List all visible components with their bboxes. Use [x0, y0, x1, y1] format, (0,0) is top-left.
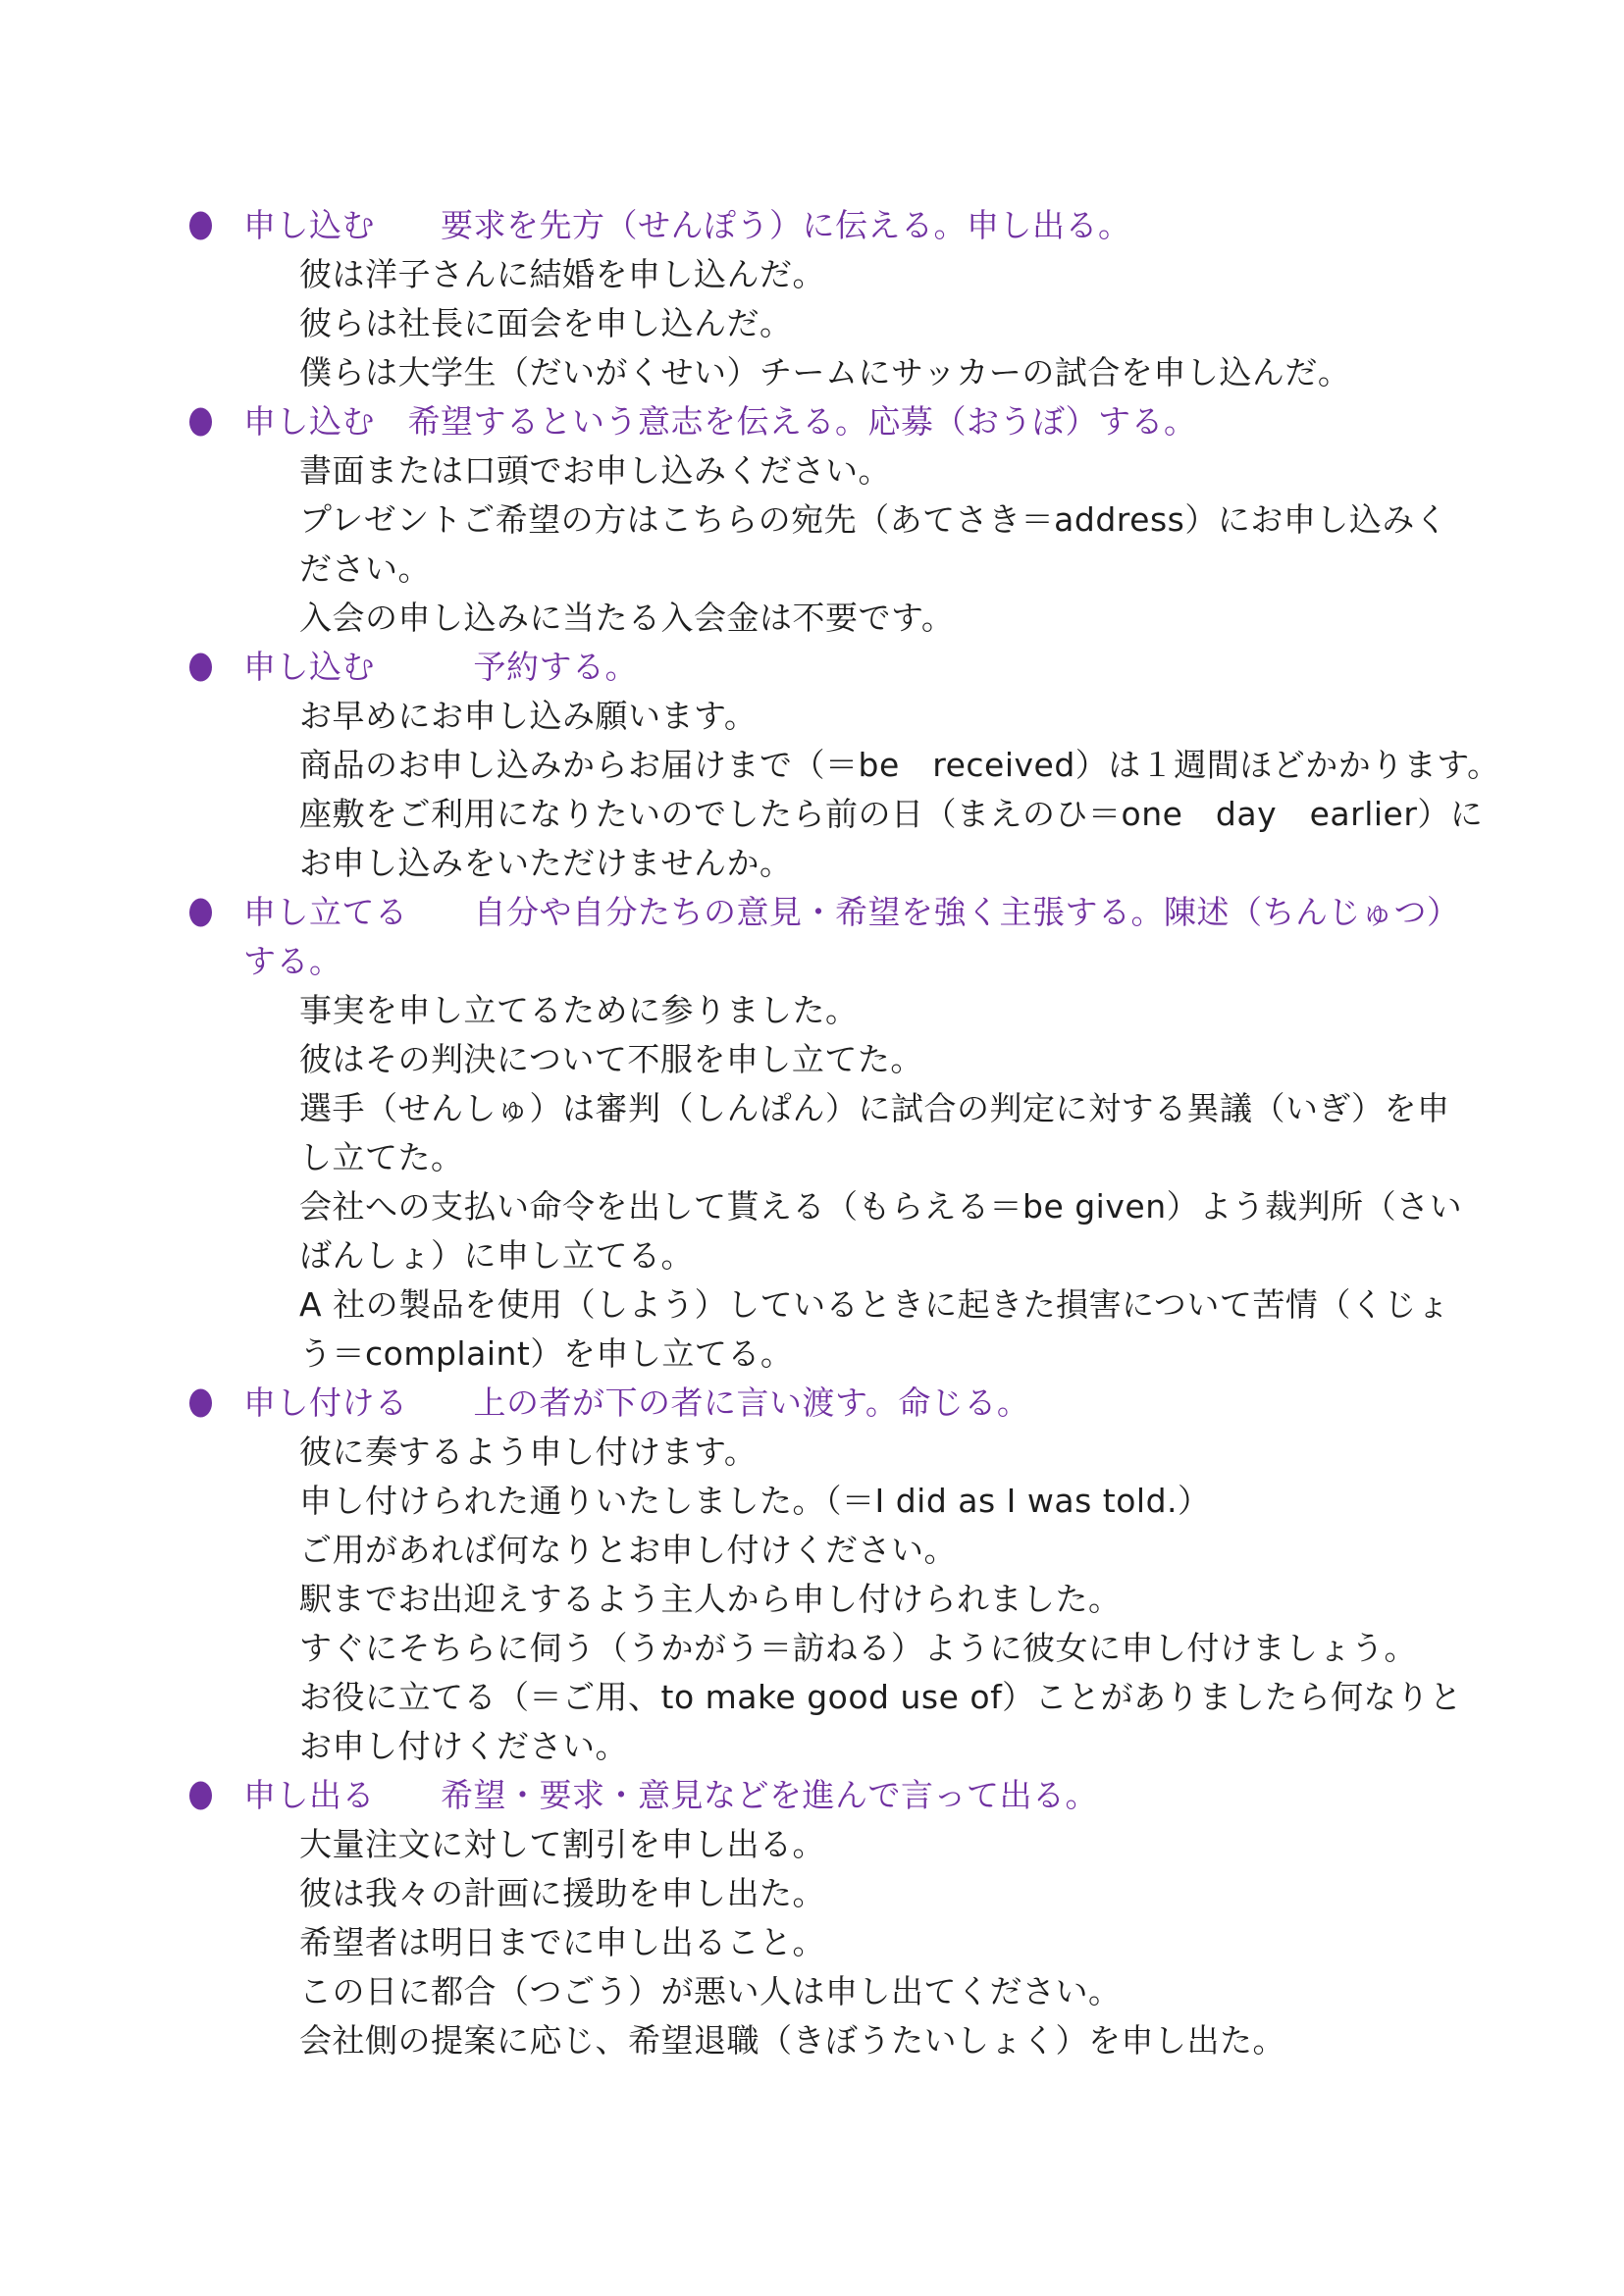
example-sentence-line: この日に都合（つごう）が悪い人は申し出てください。	[0, 1967, 1624, 2016]
section-examples: 彼は洋子さんに結婚を申し込んだ。彼らは社長に面会を申し込んだ。僕らは大学生（だい…	[0, 250, 1624, 397]
example-sentence-line: 申し付けられた通りいたしました。（＝I did as I was told.）	[0, 1477, 1624, 1526]
example-sentence-line: A 社の製品を使用（しよう）しているときに起きた損害について苦情（くじょ	[0, 1280, 1624, 1330]
example-sentence-line: 彼に奏するよう申し付けます。	[0, 1428, 1624, 1477]
example-sentence-line: お申し付けください。	[0, 1722, 1624, 1771]
example-sentence-line: 座敷をご利用になりたいのでしたら前の日（まえのひ＝one day earlier…	[0, 790, 1624, 839]
heading-text: 申し込む 要求を先方（せんぽう）に伝える。申し出る。	[243, 206, 1131, 244]
heading-text: 申し立てる 自分や自分たちの意見・希望を強く主張する。陳述（ちんじゅつ）	[243, 893, 1460, 931]
vocabulary-section: 申し込む 予約する。 お早めにお申し込み願います。商品のお申し込みからお届けまで…	[0, 643, 1624, 888]
vocabulary-section: 申し出る 希望・要求・意見などを進んで言って出る。 大量注文に対して割引を申し出…	[0, 1771, 1624, 2065]
example-sentence-line: お役に立てる（＝ご用、to make good use of）ことがありましたら…	[0, 1673, 1624, 1722]
definition-heading: 申し込む 要求を先方（せんぽう）に伝える。申し出る。	[0, 201, 1624, 250]
example-sentence-line: 書面または口頭でお申し込みください。	[0, 446, 1624, 496]
vocabulary-section: 申し込む 希望するという意志を伝える。応募（おうぼ）する。 書面または口頭でお申…	[0, 397, 1624, 643]
example-sentence-line: う＝complaint）を申し立てる。	[0, 1330, 1624, 1379]
heading-text: 申し付ける 上の者が下の者に言い渡す。命じる。	[243, 1383, 1029, 1422]
vocabulary-section: 申し付ける 上の者が下の者に言い渡す。命じる。 彼に奏するよう申し付けます。申し…	[0, 1379, 1624, 1771]
example-sentence-line: ご用があれば何なりとお申し付けください。	[0, 1526, 1624, 1575]
example-sentence-line: 会社への支払い命令を出して貰える（もらえる＝be given）よう裁判所（さい	[0, 1182, 1624, 1231]
example-sentence-line: 希望者は明日までに申し出ること。	[0, 1918, 1624, 1967]
example-sentence-line: し立てた。	[0, 1133, 1624, 1182]
heading-text: 申し出る 希望・要求・意見などを進んで言って出る。	[243, 1776, 1098, 1814]
definition-heading: 申し込む 希望するという意志を伝える。応募（おうぼ）する。	[0, 397, 1624, 446]
example-sentence-line: 彼は洋子さんに結婚を申し込んだ。	[0, 250, 1624, 299]
bullet-icon	[189, 408, 212, 437]
section-heading: 申し込む 予約する。	[0, 643, 1624, 692]
example-sentence-line: お申し込みをいただけませんか。	[0, 839, 1624, 888]
example-sentence-line: 大量注文に対して割引を申し出る。	[0, 1820, 1624, 1869]
bullet-icon	[189, 899, 212, 927]
bullet-icon	[189, 212, 212, 240]
example-sentence-line: 彼はその判決について不服を申し立てた。	[0, 1035, 1624, 1084]
example-sentence-line: 彼は我々の計画に援助を申し出た。	[0, 1869, 1624, 1918]
example-sentence-line: 入会の申し込みに当たる入会金は不要です。	[0, 594, 1624, 643]
section-heading: 申し込む 希望するという意志を伝える。応募（おうぼ）する。	[0, 397, 1624, 446]
example-sentence-line: ばんしょ）に申し立てる。	[0, 1231, 1624, 1280]
section-examples: 書面または口頭でお申し込みください。プレゼントご希望の方はこちらの宛先（あてさき…	[0, 446, 1624, 643]
vocabulary-section: 申し立てる 自分や自分たちの意見・希望を強く主張する。陳述（ちんじゅつ）する。 …	[0, 888, 1624, 1379]
section-heading: 申し付ける 上の者が下の者に言い渡す。命じる。	[0, 1379, 1624, 1428]
example-sentence-line: すぐにそちらに伺う（うかがう＝訪ねる）ように彼女に申し付けましょう。	[0, 1624, 1624, 1673]
definition-heading: 申し立てる 自分や自分たちの意見・希望を強く主張する。陳述（ちんじゅつ）	[0, 888, 1624, 937]
example-sentence-line: 商品のお申し込みからお届けまで（＝be received）は１週間ほどかかります…	[0, 741, 1624, 790]
section-examples: 大量注文に対して割引を申し出る。彼は我々の計画に援助を申し出た。希望者は明日まで…	[0, 1820, 1624, 2065]
heading-text: 申し込む 希望するという意志を伝える。応募（おうぼ）する。	[243, 402, 1197, 441]
example-sentence-line: 僕らは大学生（だいがくせい）チームにサッカーの試合を申し込んだ。	[0, 348, 1624, 397]
definition-heading: 申し出る 希望・要求・意見などを進んで言って出る。	[0, 1771, 1624, 1820]
example-sentence-line: 選手（せんしゅ）は審判（しんぱん）に試合の判定に対する異議（いぎ）を申	[0, 1084, 1624, 1133]
heading-text: 申し込む 予約する。	[243, 648, 638, 686]
definition-heading: 申し付ける 上の者が下の者に言い渡す。命じる。	[0, 1379, 1624, 1428]
heading-text: する。	[243, 942, 342, 980]
example-sentence-line: 会社側の提案に応じ、希望退職（きぼうたいしょく）を申し出た。	[0, 2016, 1624, 2065]
example-sentence-line: 彼らは社長に面会を申し込んだ。	[0, 299, 1624, 348]
example-sentence-line: 事実を申し立てるために参りました。	[0, 986, 1624, 1035]
section-heading: 申し出る 希望・要求・意見などを進んで言って出る。	[0, 1771, 1624, 1820]
definition-heading-continuation: する。	[0, 937, 1624, 986]
document-page: 申し込む 要求を先方（せんぽう）に伝える。申し出る。 彼は洋子さんに結婚を申し込…	[0, 0, 1624, 2296]
sections: 申し込む 要求を先方（せんぽう）に伝える。申し出る。 彼は洋子さんに結婚を申し込…	[0, 201, 1624, 2065]
example-sentence-line: 駅までお出迎えするよう主人から申し付けられました。	[0, 1575, 1624, 1624]
example-sentence-line: お早めにお申し込み願います。	[0, 692, 1624, 741]
section-examples: 事実を申し立てるために参りました。彼はその判決について不服を申し立てた。選手（せ…	[0, 986, 1624, 1379]
section-examples: お早めにお申し込み願います。商品のお申し込みからお届けまで（＝be receiv…	[0, 692, 1624, 888]
bullet-icon	[189, 1782, 212, 1810]
section-examples: 彼に奏するよう申し付けます。申し付けられた通りいたしました。（＝I did as…	[0, 1428, 1624, 1771]
section-heading: 申し込む 要求を先方（せんぽう）に伝える。申し出る。	[0, 201, 1624, 250]
example-sentence-line: ださい。	[0, 545, 1624, 594]
bullet-icon	[189, 1389, 212, 1418]
definition-heading: 申し込む 予約する。	[0, 643, 1624, 692]
vocabulary-section: 申し込む 要求を先方（せんぽう）に伝える。申し出る。 彼は洋子さんに結婚を申し込…	[0, 201, 1624, 397]
example-sentence-line: プレゼントご希望の方はこちらの宛先（あてさき＝address）にお申し込みく	[0, 496, 1624, 545]
bullet-icon	[189, 653, 212, 682]
section-heading: 申し立てる 自分や自分たちの意見・希望を強く主張する。陳述（ちんじゅつ）する。	[0, 888, 1624, 986]
